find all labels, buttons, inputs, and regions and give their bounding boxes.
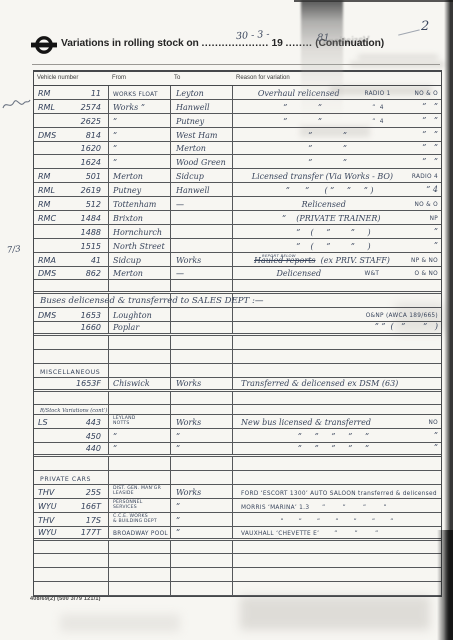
to-cell: Leyton (171, 86, 233, 99)
to-cell (171, 322, 233, 333)
from-cell: Poplar (109, 322, 171, 333)
vehicle-number: 177T (81, 528, 101, 537)
vehicle-number: 17S (86, 516, 101, 525)
vehicle-number: 2619 (81, 186, 101, 195)
table-row (34, 541, 441, 555)
smudge (240, 596, 430, 630)
table-row: DMS814”West Ham” ”” ” (34, 128, 441, 142)
table-row (34, 554, 441, 568)
to-cell (171, 392, 233, 405)
reason-cell: DelicensedW&TO & NO (233, 267, 441, 280)
table-row: 1488Hornchurch” ( ” ” )” (34, 225, 441, 239)
reason-cell: ” (PRIVATE TRAINER)NP (233, 211, 441, 224)
vehicle-number: 1624 (81, 158, 101, 167)
from-cell: LEYLANDNOTTS (109, 415, 171, 428)
reason-cell (233, 294, 441, 307)
to-cell (171, 582, 233, 595)
reason-cell (233, 457, 441, 470)
from-cell: Hornchurch (109, 225, 171, 238)
vehicle-number: 1488 (81, 228, 101, 237)
table-row: R/Stock Variations (cont’) (34, 405, 441, 415)
to-cell: Putney (171, 114, 233, 127)
to-cell (171, 471, 233, 484)
reason-cell (233, 405, 441, 414)
vehicle-cell: 1653F (34, 378, 109, 389)
licence-code: NP & NO (411, 258, 441, 266)
table-top-guide-line (32, 64, 440, 65)
smudge (358, 55, 438, 59)
vehicle-class: RM (38, 89, 50, 98)
table-row: RM512Tottenham—RelicensedNO & O (34, 197, 441, 211)
vehicle-class: THV (38, 488, 54, 497)
vehicle-number: 166T (81, 502, 101, 511)
margin-note: 7/3 (7, 244, 22, 255)
reason-text: ” ” (233, 158, 422, 168)
from-cell (109, 582, 171, 595)
reason-text: ” ” (233, 131, 422, 141)
reason-text: ” (PRIVATE TRAINER) (233, 214, 430, 224)
vehicle-cell: 2625 (34, 114, 109, 127)
year-dotted-line: ........ (286, 38, 313, 49)
vehicle-class: DMS (38, 269, 56, 278)
vehicle-class: THV (38, 516, 54, 525)
table-row: PRIVATE CARS (34, 471, 441, 485)
reason-text: ” ( ” ” ) (233, 228, 434, 238)
reason-cell (233, 364, 441, 377)
reason-cell (233, 541, 441, 554)
reason-cell: ” ”” ” (233, 142, 441, 155)
to-cell: Wood Green (171, 155, 233, 168)
correction-note: REPORT BELOW (262, 253, 296, 258)
to-cell (171, 211, 233, 224)
from-cell: PERSONNELSERVICES (109, 499, 171, 512)
vehicle-cell (34, 336, 109, 349)
from-cell: Sidcup (109, 253, 171, 266)
table-row: 2625”Putney” ”” 4” ” (34, 114, 441, 128)
vehicle-cell: RM501 (34, 169, 109, 182)
from-cell (109, 336, 171, 349)
reason-text (233, 332, 375, 333)
reason-cell: New bus licensed & transferredNO (233, 415, 441, 428)
vehicle-cell: THV25S (34, 485, 109, 498)
year-prefix: 19 (272, 38, 283, 49)
reason-cell: REPORT BELOWHauled reports (ex PRIV. STA… (233, 253, 441, 266)
vehicle-number: 11 (91, 89, 101, 98)
scan-corner-shadow (437, 530, 453, 640)
vehicle-cell: DMS1653 (34, 308, 109, 321)
reason-cell: MORRIS ‘MARINA’ 1.3 ” ” ” ” (233, 499, 441, 512)
to-cell (171, 336, 233, 349)
vehicle-class: RML (38, 186, 55, 195)
reason-cell: FORD ‘ESCORT 1300’ AUTO SALOON transferr… (233, 485, 441, 498)
section-label: Buses delicensed & transferred to SALES … (40, 296, 264, 306)
licence-code: ” (434, 241, 441, 252)
licence-code: O&NP (AWCA 189/665) (366, 313, 441, 321)
radio-code: ” 4 (372, 119, 422, 127)
reason-cell: ” ( ” ” )” (233, 225, 441, 238)
table-row (34, 582, 441, 596)
form-title-line: Variations in rolling stock on .........… (61, 38, 384, 49)
vehicle-number: 814 (86, 131, 101, 140)
table-row: THV25SDIST. GEN. MAN’GRLEASIDEWorksFORD … (34, 485, 441, 499)
vehicle-class: DMS (38, 131, 56, 140)
from-cell: North Street (109, 239, 171, 252)
table-row (34, 336, 441, 350)
vehicle-cell (34, 554, 109, 567)
from-cell: ” (109, 155, 171, 168)
from-cell: DIST. GEN. MAN’GRLEASIDE (109, 485, 171, 498)
to-cell (171, 280, 233, 291)
licence-code: NO & O (415, 202, 441, 210)
licence-code: O & NO (415, 271, 441, 279)
table-row: RMC1484Brixton” (PRIVATE TRAINER)NP (34, 211, 441, 225)
reason-text: ” ” ” ” ” ” ” (233, 519, 441, 526)
vehicle-class: RM (38, 172, 50, 181)
licence-code: ” ” ( ” ” ) (375, 322, 441, 333)
table-row: RML2619PutneyHanwell” ” ( ” ” ” )” 4 (34, 183, 441, 197)
vehicle-cell: THV17S (34, 513, 109, 526)
vehicle-class: RMC (38, 214, 56, 223)
vehicle-cell: 450 (34, 429, 109, 442)
handwritten-year: 81 (317, 33, 330, 44)
vehicle-number: 450 (86, 432, 101, 441)
from-cell (109, 554, 171, 567)
reason-text: MORRIS ‘MARINA’ 1.3 ” ” ” ” (233, 505, 441, 512)
reason-cell: ” ”” ” (233, 128, 441, 141)
vehicle-number: 1515 (81, 242, 101, 251)
from-cell (109, 280, 171, 291)
table-header-row: Vehicle number From To Reason for variat… (34, 72, 441, 86)
reason-cell (233, 392, 441, 405)
form-reference-code: 408/69(2) (500 3/79 121/1) (30, 596, 101, 602)
vehicle-cell: DMS862 (34, 267, 109, 280)
vehicle-number: 862 (86, 269, 101, 278)
vehicle-number: 1653F (76, 379, 101, 388)
vehicle-cell: 1660 (34, 322, 109, 333)
radio-code: RADIO 1 (365, 91, 415, 99)
reason-cell: VAUXHALL ‘CHEVETTE E’ ” ” ” (233, 527, 441, 538)
vehicle-number: 41 (91, 256, 101, 265)
reason-cell: ” ”” ” (233, 155, 441, 168)
column-header-from: From (109, 72, 171, 85)
reason-text: ” ” ” ” ” (233, 444, 434, 454)
from-cell (109, 392, 171, 405)
vehicle-cell: WYU177T (34, 527, 109, 538)
to-cell (171, 568, 233, 581)
vehicle-number: 2625 (81, 117, 101, 126)
london-transport-roundel-icon (30, 35, 58, 60)
licence-code: ” (434, 443, 441, 454)
to-cell (171, 350, 233, 363)
reason-cell (233, 280, 441, 291)
from-cell: Works ” (109, 100, 171, 113)
from-cell (109, 568, 171, 581)
from-cell: WORKS FLOAT (109, 86, 171, 99)
table-row: LS443LEYLANDNOTTSWorksNew bus licensed &… (34, 415, 441, 429)
radio-code: ” 4 (372, 105, 422, 113)
from-cell: Tottenham (109, 197, 171, 210)
to-cell: West Ham (171, 128, 233, 141)
reason-text: REPORT BELOWHauled reports (ex PRIV. STA… (233, 256, 411, 266)
vehicle-class: DMS (38, 311, 56, 320)
reason-text: ” ” ” ” ” (233, 432, 434, 442)
reason-cell (233, 336, 441, 349)
reason-text (233, 320, 366, 321)
licence-code: ” ” (422, 130, 441, 141)
reason-cell: ” ”” 4” ” (233, 100, 441, 113)
from-cell: Putney (109, 183, 171, 196)
reason-text: New bus licensed & transferred (233, 418, 429, 428)
vehicle-number: 443 (86, 418, 101, 427)
from-cell: BROADWAY POOL (109, 527, 171, 538)
section-label: MISCELLANEOUS (40, 369, 100, 376)
vehicle-cell: LS443 (34, 415, 109, 428)
table-row (34, 350, 441, 364)
column-header-vehicle-number: Vehicle number (34, 72, 109, 85)
licence-code: ” ” (422, 157, 441, 168)
reason-text: ” ” (233, 103, 372, 113)
table-row: RMA41SidcupWorksREPORT BELOWHauled repor… (34, 253, 441, 267)
to-cell: Works (171, 378, 233, 389)
table-row: WYU177TBROADWAY POOL”VAUXHALL ‘CHEVETTE … (34, 527, 441, 541)
from-cell (109, 350, 171, 363)
reason-text: VAUXHALL ‘CHEVETTE E’ ” ” ” (233, 531, 441, 538)
radio-code: W&T (365, 271, 415, 279)
reason-text: ” ” ( ” ” ” ) (233, 186, 426, 196)
reason-cell (233, 471, 441, 484)
vehicle-class: RM (38, 200, 50, 209)
vehicle-class: WYU (38, 528, 57, 537)
from-cell: Merton (109, 267, 171, 280)
rolling-stock-table: Vehicle number From To Reason for variat… (33, 70, 442, 597)
vehicle-cell (34, 568, 109, 581)
table-row: 1653FChiswickWorksTransferred & delicens… (34, 378, 441, 392)
table-row: 1624”Wood Green” ”” ” (34, 155, 441, 169)
reason-cell: ” ”” 4” ” (233, 114, 441, 127)
licence-code: ” (434, 431, 441, 442)
reason-cell (233, 554, 441, 567)
licence-code: NP (430, 216, 441, 224)
table-row: RML2574Works ”Hanwell” ”” 4” ” (34, 100, 441, 114)
to-cell: Works (171, 253, 233, 266)
to-cell (171, 541, 233, 554)
to-cell: — (171, 267, 233, 280)
to-cell: Works (171, 415, 233, 428)
from-cell: ” (109, 443, 171, 454)
reason-cell (233, 350, 441, 363)
licence-code: NO (429, 420, 442, 428)
vehicle-cell (34, 457, 109, 470)
table-row (34, 568, 441, 582)
reason-text: Delicensed (233, 269, 365, 279)
table-row: 440””” ” ” ” ”” (34, 443, 441, 457)
licence-code: ” ” (422, 102, 441, 113)
vehicle-number: 1484 (81, 214, 101, 223)
table-row: DMS862Merton—DelicensedW&TO & NO (34, 267, 441, 281)
reason-cell: Overhaul relicensedRADIO 1NO & O (233, 86, 441, 99)
vehicle-cell: 1624 (34, 155, 109, 168)
from-cell (109, 364, 171, 377)
from-cell (109, 405, 171, 414)
smudge (60, 614, 180, 632)
reason-cell (233, 568, 441, 581)
to-cell (171, 364, 233, 377)
reason-cell: Transferred & delicensed ex DSM (63) (233, 378, 441, 389)
licence-code: RADIO 4 (412, 174, 441, 182)
to-cell: — (171, 197, 233, 210)
table-row (34, 280, 441, 294)
reason-text: ” ” (233, 117, 372, 127)
from-cell: Loughton (109, 308, 171, 321)
reason-cell: ” ” ” ” ” ” ” (233, 513, 441, 526)
vehicle-cell: 1515 (34, 239, 109, 252)
table-rows: RM11WORKS FLOATLeytonOverhaul relicensed… (34, 86, 441, 596)
vehicle-cell (34, 350, 109, 363)
to-cell: ” (171, 429, 233, 442)
from-cell (109, 457, 171, 470)
to-cell (171, 405, 233, 414)
vehicle-cell: RML2574 (34, 100, 109, 113)
table-row: RM11WORKS FLOATLeytonOverhaul relicensed… (34, 86, 441, 100)
vehicle-number: 2574 (81, 103, 101, 112)
table-row: THV17SC.C.E. WORKS& BUILDING DEPT”” ” ” … (34, 513, 441, 527)
from-cell: Brixton (109, 211, 171, 224)
vehicle-cell: RMA41 (34, 253, 109, 266)
table-row (34, 392, 441, 406)
handwritten-tick-mark (398, 29, 420, 36)
vehicle-number: 512 (86, 200, 101, 209)
vehicle-number: 440 (86, 444, 101, 453)
licence-code: ” (434, 227, 441, 238)
to-cell: Hanwell (171, 183, 233, 196)
from-cell: Merton (109, 169, 171, 182)
licence-code: NO & O (415, 91, 441, 99)
to-cell: Hanwell (171, 100, 233, 113)
table-row: WYU166TPERSONNELSERVICES”MORRIS ‘MARINA’… (34, 499, 441, 513)
to-cell (171, 308, 233, 321)
vehicle-cell: RM11 (34, 86, 109, 99)
vehicle-class: RMA (38, 256, 56, 265)
reason-text: ” ” (233, 144, 422, 154)
vehicle-class: WYU (38, 502, 57, 511)
reason-cell: RelicensedNO & O (233, 197, 441, 210)
form-title: Variations in rolling stock on (61, 38, 199, 49)
vehicle-number: 1620 (81, 144, 101, 153)
vehicle-number: 1660 (81, 323, 101, 332)
table-row: MISCELLANEOUS (34, 364, 441, 378)
to-cell (171, 554, 233, 567)
handwriting-squiggle-icon (1, 96, 31, 117)
table-row: 450””” ” ” ” ”” (34, 429, 441, 443)
reason-cell: ” ” ( ” ” ) (233, 322, 441, 333)
table-row (34, 457, 441, 471)
scanned-form-page: Variations Variations in rolling stock o… (0, 0, 453, 640)
table-row: 1620”Merton” ”” ” (34, 142, 441, 156)
vehicle-number: 25S (86, 488, 101, 497)
from-cell: ” (109, 114, 171, 127)
vehicle-class: LS (38, 418, 48, 427)
from-cell: ” (109, 142, 171, 155)
reason-text: ” ( ” ” ) (233, 242, 434, 252)
table-row: RM501MertonSidcupLicensed transfer (Via … (34, 169, 441, 183)
from-cell: ” (109, 429, 171, 442)
reason-text: FORD ‘ESCORT 1300’ AUTO SALOON transferr… (233, 491, 441, 498)
vehicle-cell: DMS814 (34, 128, 109, 141)
vehicle-cell (34, 392, 109, 405)
licence-code: ” ” (422, 143, 441, 154)
to-cell (171, 239, 233, 252)
reason-text: Licensed transfer (Via Works - BO) (233, 172, 412, 182)
vehicle-class: RML (38, 103, 55, 112)
table-row: 1660Poplar” ” ( ” ” ) (34, 322, 441, 336)
from-cell (109, 471, 171, 484)
reason-cell: ” ” ” ” ”” (233, 443, 441, 454)
vehicle-cell (34, 280, 109, 291)
from-cell: ” (109, 128, 171, 141)
licence-code: ” ” (422, 116, 441, 127)
vehicle-number: 501 (86, 172, 101, 181)
vehicle-cell: RM512 (34, 197, 109, 210)
section-label: PRIVATE CARS (40, 476, 91, 483)
vehicle-cell: 1620 (34, 142, 109, 155)
vehicle-cell (34, 541, 109, 554)
reason-cell: Licensed transfer (Via Works - BO)RADIO … (233, 169, 441, 182)
to-cell (171, 225, 233, 238)
reason-text: Relicensed (233, 200, 415, 210)
to-cell (171, 457, 233, 470)
reason-cell: ” ( ” ” )” (233, 239, 441, 252)
scan-top-edge (294, 0, 453, 2)
subsection-note: R/Stock Variations (cont’) (40, 408, 107, 414)
reason-text: Overhaul relicensed (233, 89, 365, 99)
column-header-to: To (171, 72, 233, 85)
column-header-reason: Reason for variation (233, 72, 441, 85)
to-cell: ” (171, 499, 233, 512)
to-cell: Sidcup (171, 169, 233, 182)
reason-text: Transferred & delicensed ex DSM (63) (233, 379, 441, 389)
reason-cell: O&NP (AWCA 189/665) (233, 308, 441, 321)
reason-cell (233, 582, 441, 595)
vehicle-cell (34, 582, 109, 595)
vehicle-cell: RML2619 (34, 183, 109, 196)
vehicle-cell: 440 (34, 443, 109, 454)
to-cell: Works (171, 485, 233, 498)
table-row: Buses delicensed & transferred to SALES … (34, 294, 441, 308)
vehicle-cell: RMC1484 (34, 211, 109, 224)
from-cell: Chiswick (109, 378, 171, 389)
to-cell: ” (171, 443, 233, 454)
from-cell: C.C.E. WORKS& BUILDING DEPT (109, 513, 171, 526)
table-row: DMS1653LoughtonO&NP (AWCA 189/665) (34, 308, 441, 322)
reason-cell: ” ” ( ” ” ” )” 4 (233, 183, 441, 196)
to-cell: Merton (171, 142, 233, 155)
to-cell: ” (171, 527, 233, 538)
vehicle-number: 1653 (81, 311, 101, 320)
reason-cell: ” ” ” ” ”” (233, 429, 441, 442)
to-cell: ” (171, 513, 233, 526)
licence-code: ” 4 (426, 185, 441, 196)
from-cell (109, 541, 171, 554)
vehicle-cell: WYU166T (34, 499, 109, 512)
handwritten-page-number: 2 (421, 19, 429, 34)
vehicle-cell: 1488 (34, 225, 109, 238)
handwritten-date: 30 - 3 - (236, 29, 270, 42)
table-row: 1515North Street” ( ” ” )” (34, 239, 441, 253)
